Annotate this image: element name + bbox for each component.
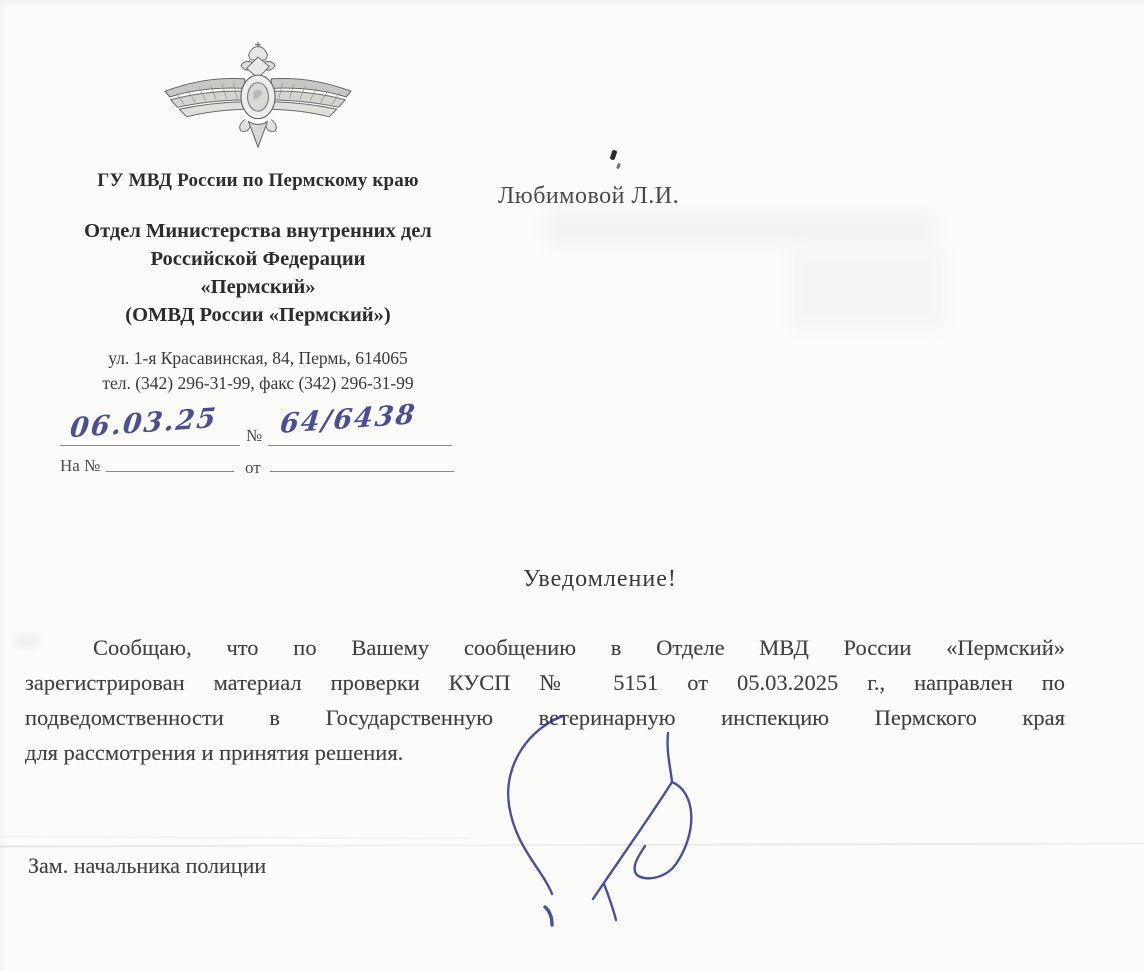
scanned-letter-page: ГУ МВД России по Пермскому краю Отдел Ми… [0,0,1144,971]
stray-pen-mark [616,163,621,170]
paper-fold-crease [0,836,470,839]
handwritten-outgoing-number: 64/6438 [279,399,419,440]
department-line: «Пермский» [38,273,478,301]
handwritten-outgoing-date: 06.03.25 [69,403,219,445]
incoming-date-underline [270,471,454,472]
department-line: Российской Федерации [38,245,478,273]
mvd-eagle-emblem-icon [163,40,353,150]
number-underline [268,445,452,446]
incoming-number-label: На № [60,456,100,476]
number-sign-label: № [246,426,262,446]
addressee-name: Любимовой Л.И. [498,183,679,210]
date-underline [60,445,240,446]
erased-smudge [790,248,945,328]
incoming-number-underline [106,471,234,472]
phone-line: тел. (342) 296-31-99, факс (342) 296-31-… [38,371,478,396]
reference-block: 06.03.25 № 64/6438 На № от [58,420,458,482]
department-line: (ОМВД России «Пермский») [38,301,478,329]
body-line: Сообщаю, что по Вашему сообщению в Отдел… [25,630,1065,665]
department-line: Отдел Министерства внутренних дел [38,217,478,245]
document-title: Уведомление! [60,566,1140,593]
incoming-from-label: от [245,458,261,478]
signer-position-title: Зам. начальника полиции [28,853,266,879]
outgoing-reference-row: 06.03.25 № 64/6438 [58,420,458,450]
body-line: зарегистрирован материал проверки КУСП №… [25,665,1065,700]
parent-agency-line: ГУ МВД России по Пермскому краю [38,170,478,192]
stray-pen-mark [610,149,618,160]
address-line: ул. 1-я Красавинская, 84, Пермь, 614065 [38,346,478,371]
scan-edge-shadow-top [0,0,1144,8]
department-name-block: Отдел Министерства внутренних дел Россий… [38,217,478,329]
erased-smudge [545,212,935,246]
incoming-reference-row: На № от [58,456,458,482]
scan-edge-shadow-left [0,0,7,971]
contact-block: ул. 1-я Красавинская, 84, Пермь, 614065 … [38,346,478,396]
letterhead: ГУ МВД России по Пермскому краю Отдел Ми… [38,40,478,396]
handwritten-signature [485,712,725,937]
